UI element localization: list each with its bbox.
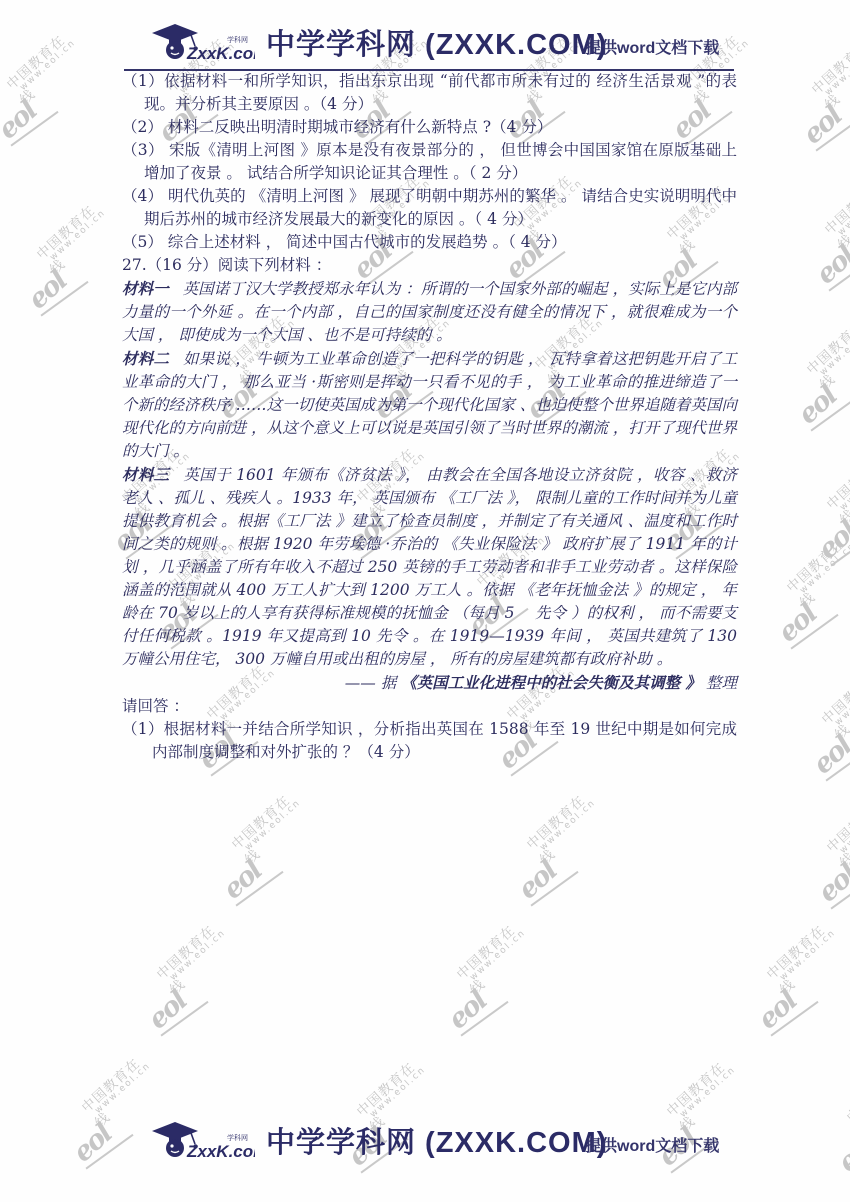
eol-logo-icon: eol [752, 986, 802, 1035]
site-title: 中学学科网 (ZXXK.COM) [266, 1120, 607, 1161]
material-3: 材料三英国于 1601 年颁布《济贫法 》， 由教会在全国各地设立济贫院 ，收容… [122, 463, 737, 671]
watermark-text: 中国教育在线 [521, 787, 604, 868]
zxxk-logo-text: ZxxK.com [186, 44, 255, 63]
eol-watermark: eol中国教育在线www.eol.cn [198, 786, 324, 909]
eol-logo-icon: eol [22, 266, 72, 315]
watermark-url: www.eol.cn [836, 183, 850, 238]
watermark-url: www.eol.cn [48, 208, 108, 263]
watermark-text: 中国教育在线 [819, 172, 850, 253]
eol-watermark: eol中国教育在线www.eol.cn [793, 446, 850, 569]
watermark-url: www.eol.cn [468, 928, 528, 983]
eol-watermark: eol中国教育在线www.eol.cn [753, 529, 850, 652]
scanned-exam-page: eol中国教育在线www.eol.cneol中国教育在线www.eol.cneo… [0, 0, 850, 1202]
download-tagline: 提供word文档下载 [585, 35, 719, 58]
eol-watermark: eol中国教育在线www.eol.cn [791, 171, 850, 294]
source-title: 《英国工业化进程中的社会失衡及其调整 》 [401, 673, 701, 692]
page-header: ZxxK.com 学科网 中学学科网 (ZXXK.COM) 提供word文档下载 [0, 20, 850, 74]
eol-logo-icon: eol [512, 856, 562, 905]
eol-watermark: eol中国教育在线www.eol.cn [788, 661, 850, 784]
watermark-url: www.eol.cn [538, 798, 598, 853]
watermark-url: www.eol.cn [818, 323, 850, 378]
watermark-text: 中国教育在线 [821, 790, 850, 871]
watermark-url: www.eol.cn [778, 928, 838, 983]
watermark-text: 中国教育在线 [451, 917, 534, 998]
material-2: 材料二如果说 ， 牛顿为工业革命创造了一把科学的钥匙 ， 瓦特拿着这把钥匙开启了… [122, 347, 737, 463]
source-suffix: 整理 [701, 674, 737, 692]
download-tagline: 提供word文档下载 [585, 1133, 719, 1156]
eol-watermark: eol中国教育在线www.eol.cn [493, 786, 619, 909]
eol-logo-icon: eol [807, 731, 850, 780]
watermark-text: 中国教育在线 [821, 447, 850, 528]
eol-watermark: eol中国教育在线www.eol.cn [793, 789, 850, 912]
material-source-line: —— 据 《英国工业化进程中的社会失衡及其调整 》 整理 [122, 671, 737, 695]
watermark-url: www.eol.cn [243, 798, 303, 853]
page-footer: ZxxK.com 学科网 中学学科网 (ZXXK.COM) 提供word文档下载 [0, 1118, 850, 1172]
watermark-url: www.eol.cn [93, 1061, 153, 1116]
question-3: （3） 宋版《清明上河图 》原本是没有夜景部分的 ， 但世博会中国国家馆在原版基… [122, 139, 737, 185]
question-4: （4） 明代仇英的 《清明上河图 》 展现了明朝中期苏州的繁华 。 请结合史实说… [122, 185, 737, 231]
reply-prompt: 请回答 ： [122, 695, 737, 718]
material-1-label: 材料一 [122, 279, 169, 298]
eol-logo-icon: eol [812, 859, 850, 908]
eol-logo-icon: eol [772, 599, 822, 648]
zxxk-logo-subtext: 学科网 [227, 1133, 248, 1142]
watermark-text: 中国教育在线 [761, 917, 844, 998]
material-1-text: 英国诺丁汉大学教授郑永年认为 ：所谓的一个国家外部的崛起 ，实际上是它内部力量的… [122, 280, 737, 344]
zxxk-logo-icon: ZxxK.com 学科网 [143, 20, 255, 68]
eol-watermark: eol中国教育在线www.eol.cn [733, 916, 850, 1039]
source-prefix: —— 据 [345, 674, 401, 692]
eol-logo-icon: eol [442, 986, 492, 1035]
watermark-text: 中国教育在线 [226, 787, 309, 868]
watermark-url: www.eol.cn [833, 673, 850, 728]
watermark-url: www.eol.cn [168, 928, 228, 983]
watermark-url: www.eol.cn [838, 458, 850, 513]
question-5: （5） 综合上述材料 ， 简述中国古代城市的发展趋势 。（ 4 分） [122, 231, 737, 254]
watermark-text: 中国教育在线 [151, 917, 234, 998]
question-2: （2） 材料二反映出明清时期城市经济有什么新特点 ?（4 分） [122, 116, 737, 139]
zxxk-logo-text: ZxxK.com [186, 1142, 255, 1161]
site-title: 中学学科网 (ZXXK.COM) [266, 22, 607, 63]
eol-logo-icon: eol [797, 101, 847, 150]
material-1: 材料一英国诺丁汉大学教授郑永年认为 ：所谓的一个国家外部的崛起 ，实际上是它内部… [122, 277, 737, 347]
watermark-text: 中国教育在线 [801, 312, 850, 393]
material-2-label: 材料二 [122, 349, 169, 368]
eol-watermark: eol中国教育在线www.eol.cn [773, 311, 850, 434]
watermark-text: 中国教育在线 [31, 197, 114, 278]
question-27-1: （1）根据材料一并结合所学知识 ，分析指出英国在 1588 年至 19 世纪中期… [122, 718, 737, 764]
watermark-url: www.eol.cn [798, 541, 850, 596]
watermark-url: www.eol.cn [368, 1065, 428, 1120]
material-2-text: 如果说 ， 牛顿为工业革命创造了一把科学的钥匙 ， 瓦特拿着这把钥匙开启了工业革… [122, 350, 737, 460]
zxxk-logo-subtext: 学科网 [227, 35, 248, 44]
eol-watermark: eol中国教育在线www.eol.cn [423, 916, 549, 1039]
material-3-label: 材料三 [122, 465, 169, 484]
header-rule [124, 69, 734, 71]
eol-watermark: eol中国教育在线www.eol.cn [123, 916, 249, 1039]
zxxk-logo-icon: ZxxK.com 学科网 [143, 1118, 255, 1166]
eol-logo-icon: eol [0, 96, 42, 145]
exam-body: （1）依据材料一和所学知识，指出东京出现 “前代都市所未有过的 经济生活景观 ”… [122, 70, 737, 764]
watermark-text: 中国教育在线 [781, 530, 850, 611]
eol-logo-icon: eol [812, 516, 850, 565]
material-3-text: 英国于 1601 年颁布《济贫法 》， 由教会在全国各地设立济贫院 ，收容 、救… [122, 466, 737, 668]
watermark-text: 中国教育在线 [816, 662, 850, 743]
eol-watermark: eol中国教育在线www.eol.cn [3, 196, 129, 319]
watermark-url: www.eol.cn [678, 1065, 738, 1120]
eol-logo-icon: eol [217, 856, 267, 905]
question-1: （1）依据材料一和所学知识，指出东京出现 “前代都市所未有过的 经济生活景观 ”… [122, 70, 737, 116]
question-27-heading: 27.（16 分）阅读下列材料 ： [122, 254, 737, 277]
eol-logo-icon: eol [810, 241, 850, 290]
eol-logo-icon: eol [792, 381, 842, 430]
eol-logo-icon: eol [142, 986, 192, 1035]
watermark-url: www.eol.cn [838, 801, 850, 856]
